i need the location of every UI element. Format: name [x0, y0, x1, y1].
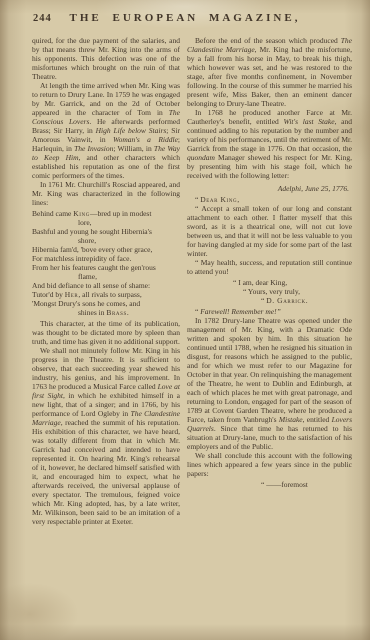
- paragraph: quired, for the due payment of the salar…: [32, 36, 180, 81]
- verse-line: lore,: [32, 218, 180, 227]
- paragraph: This character, at the time of its publi…: [32, 319, 180, 346]
- verse-block: Behind came King—bred up in modestlore,B…: [32, 209, 180, 317]
- paragraph: In 1768 he produced another Farce at Mr.…: [187, 108, 352, 180]
- verse-line: flame,: [32, 272, 180, 281]
- verse-line: Tutor'd by Her, all rivals to surpass,: [32, 290, 180, 299]
- verse-line: And bid defiance to all sense of shame:: [32, 281, 180, 290]
- verse-block: “ ——foremost: [187, 480, 352, 489]
- verse-line: “ ——foremost: [187, 480, 352, 489]
- verse-line: “ I am, dear King,: [187, 278, 352, 287]
- letter-dateline: Adelphi, June 25, 1776.: [187, 184, 349, 193]
- paragraph: “ May health, success, and reputation st…: [187, 258, 352, 276]
- paragraph: In 1782 Drury-lane Theatre was opened un…: [187, 316, 352, 451]
- page-header: 244 THE EUROPEAN MAGAZINE,: [0, 0, 370, 32]
- verse-line: From her his features caught the gen'rou…: [32, 263, 180, 272]
- verse-line: For matchless intrepidity of face.: [32, 254, 180, 263]
- paragraph: At length the time arrived when Mr. King…: [32, 81, 180, 180]
- magazine-page: 244 THE EUROPEAN MAGAZINE, quired, for t…: [0, 0, 370, 640]
- text-columns: quired, for the due payment of the salar…: [0, 32, 370, 526]
- verse-line: 'Mongst Drury's sons he comes, and: [32, 299, 180, 308]
- paragraph: We shall not minutely follow Mr. King in…: [32, 346, 180, 526]
- paragraph: “ Accept a small token of our long and c…: [187, 204, 352, 258]
- paragraph: “ Dear King,: [187, 195, 352, 204]
- verse-line: shines in Brass.: [32, 308, 180, 317]
- verse-line: “ D. Garrick.: [187, 296, 352, 305]
- verse-line: shore,: [32, 236, 180, 245]
- verse-line: Hibernia fam'd, 'bove every other grace,: [32, 245, 180, 254]
- column-left: quired, for the due payment of the salar…: [32, 36, 180, 526]
- paragraph: Before the end of the season which produ…: [187, 36, 352, 108]
- paragraph: “ Farewell! Remember me!”: [187, 307, 352, 316]
- verse-line: Behind came King—bred up in modest: [32, 209, 180, 218]
- verse-block: “ I am, dear King,“ Yours, very truly,“ …: [187, 278, 352, 305]
- paragraph: In 1761 Mr. Churchill's Rosciad appeared…: [32, 180, 180, 207]
- column-right: Before the end of the season which produ…: [187, 36, 352, 526]
- paragraph: We shall conclude this account with the …: [187, 451, 352, 478]
- verse-line: Bashful and young he sought Hibernia's: [32, 227, 180, 236]
- verse-line: “ Yours, very truly,: [187, 287, 352, 296]
- magazine-title: THE EUROPEAN MAGAZINE,: [0, 12, 370, 24]
